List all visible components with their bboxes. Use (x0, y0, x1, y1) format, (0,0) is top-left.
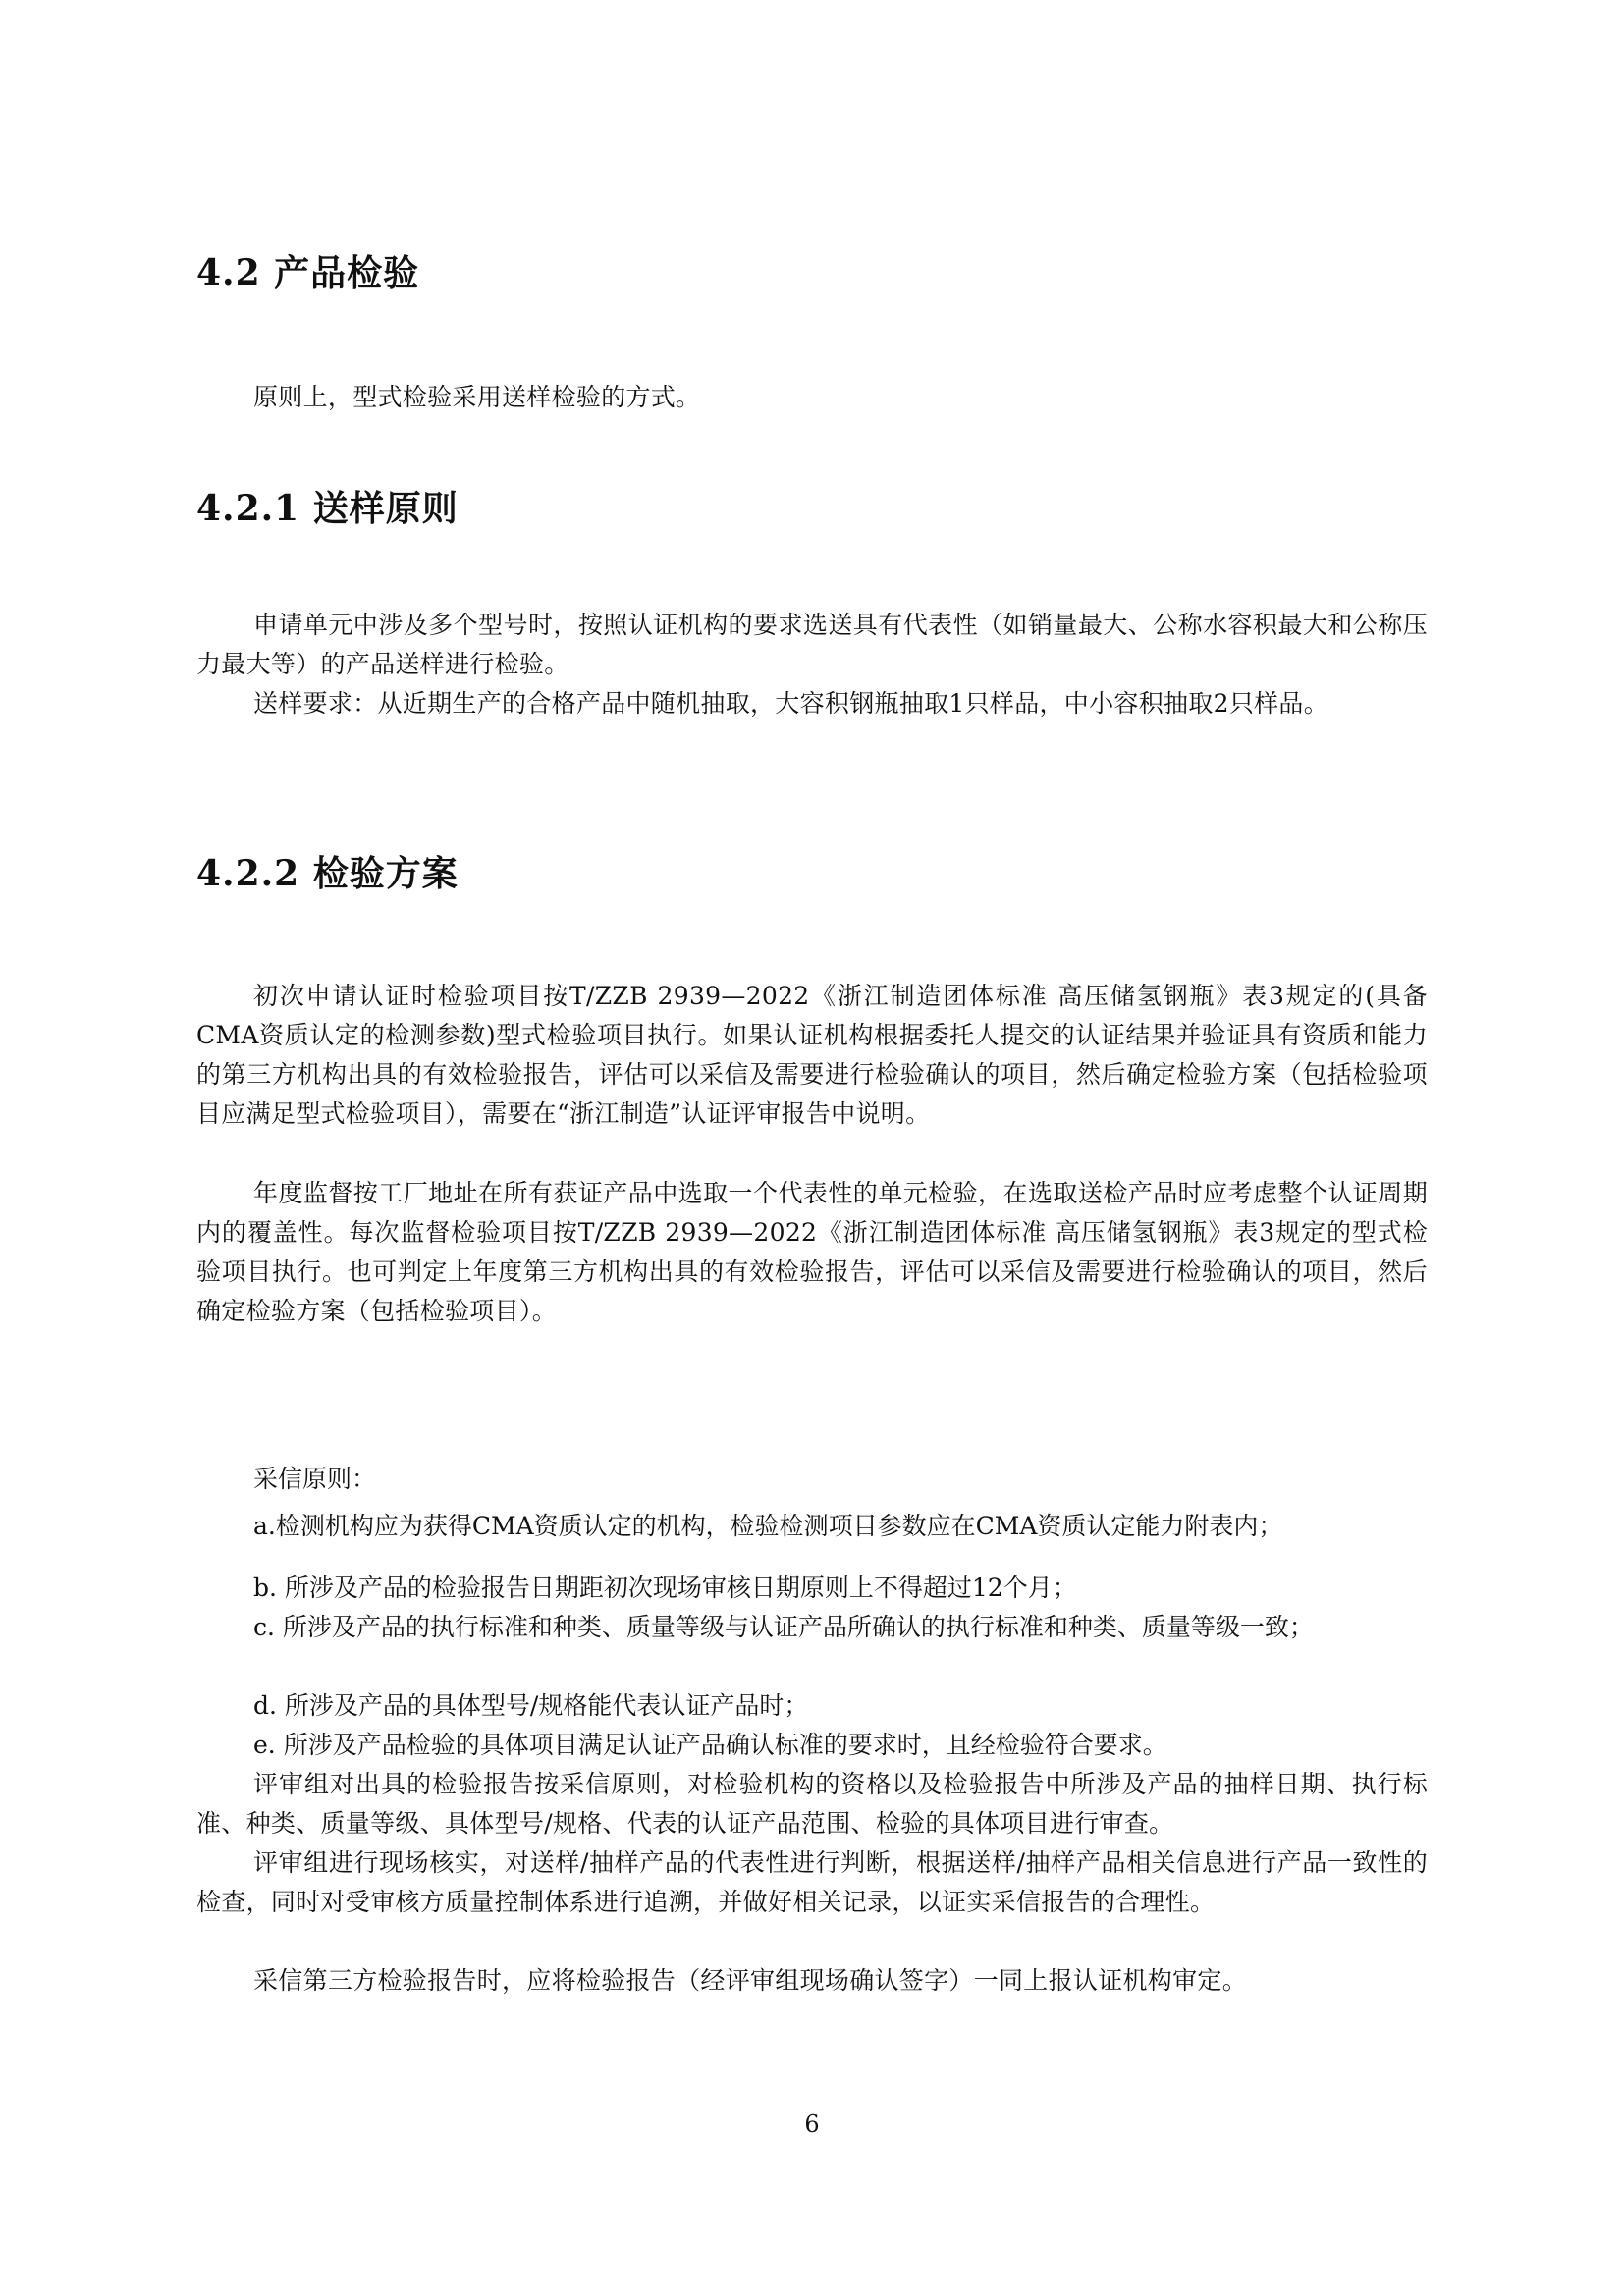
acceptance-item-a: a.检测机构应为获得CMA资质认定的机构，检验检测项目参数应在CMA资质认定能力… (253, 1507, 1428, 1546)
paragraph-inspection-method: 原则上，型式检验采用送样检验的方式。 (196, 378, 1428, 417)
paragraph-onsite-verification: 评审组进行现场核实，对送样/抽样产品的代表性进行判断，根据送样/抽样产品相关信息… (196, 1843, 1428, 1922)
page-number: 6 (196, 2110, 1428, 2138)
paragraph-review-team-check: 评审组对出具的检验报告按采信原则，对检验机构的资格以及检验报告中所涉及产品的抽样… (196, 1765, 1428, 1843)
acceptance-item-d: d. 所涉及产品的具体型号/规格能代表认证产品时； (253, 1686, 1428, 1726)
acceptance-title: 采信原则： (253, 1460, 1428, 1499)
paragraph-report-submission: 采信第三方检验报告时，应将检验报告（经评审组现场确认签字）一同上报认证机构审定。 (196, 1961, 1428, 2001)
acceptance-item-b: b. 所涉及产品的检验报告日期距初次现场审核日期原则上不得超过12个月； (253, 1569, 1428, 1608)
heading-4-2-2: 4.2.2 检验方案 (196, 846, 459, 896)
acceptance-item-e: e. 所涉及产品检验的具体项目满足认证产品确认标准的要求时，且经检验符合要求。 (253, 1726, 1428, 1765)
paragraph-annual-supervision: 年度监督按工厂地址在所有获证产品中选取一个代表性的单元检验，在选取送检产品时应考… (196, 1174, 1428, 1331)
paragraph-initial-inspection: 初次申请认证时检验项目按T/ZZB 2939—2022《浙江制造团体标准 高压储… (196, 977, 1428, 1134)
heading-4-2-1: 4.2.1 送样原则 (196, 481, 459, 531)
acceptance-item-c: c. 所涉及产品的执行标准和种类、质量等级与认证产品所确认的执行标准和种类、质量… (196, 1608, 1428, 1647)
paragraph-sampling-principle: 申请单元中涉及多个型号时，按照认证机构的要求选送具有代表性（如销量最大、公称水容… (196, 606, 1428, 684)
heading-4-2: 4.2 产品检验 (196, 245, 419, 295)
paragraph-sampling-requirement: 送样要求：从近期生产的合格产品中随机抽取，大容积钢瓶抽取1只样品，中小容积抽取2… (196, 684, 1428, 723)
